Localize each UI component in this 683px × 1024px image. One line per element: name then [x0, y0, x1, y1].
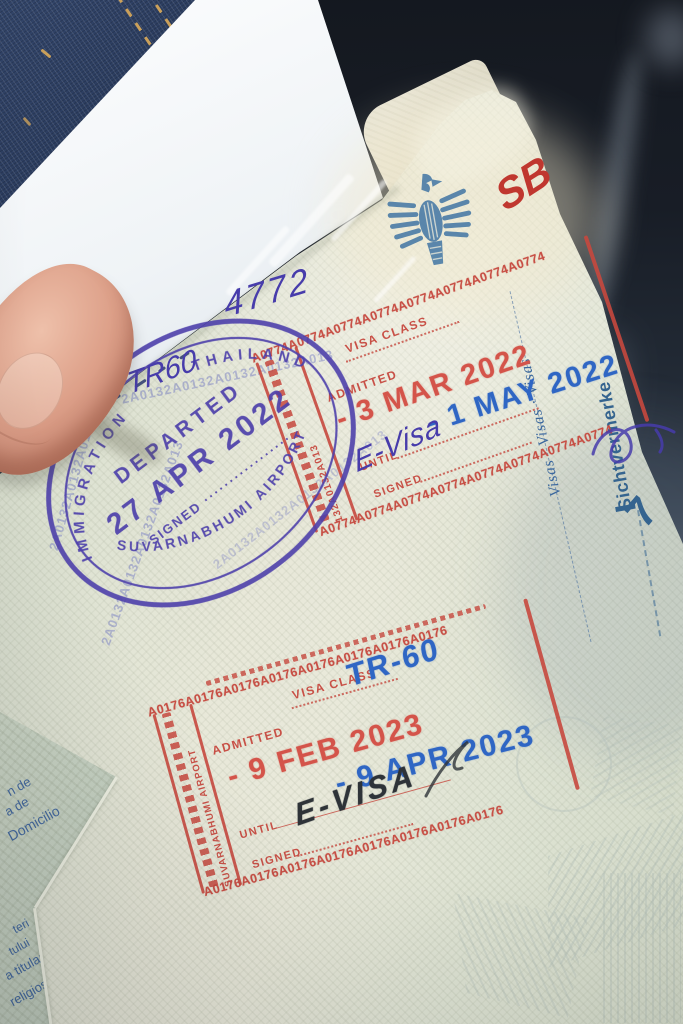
german-federal-eagle-icon [379, 161, 482, 282]
watermark-hatch [603, 873, 681, 1023]
watermark-hatch [590, 716, 682, 816]
passport-photo: Visas · Visas · Visas Sichtvermerke 7 2A… [0, 0, 683, 1024]
until-label: UNTIL [238, 819, 280, 841]
